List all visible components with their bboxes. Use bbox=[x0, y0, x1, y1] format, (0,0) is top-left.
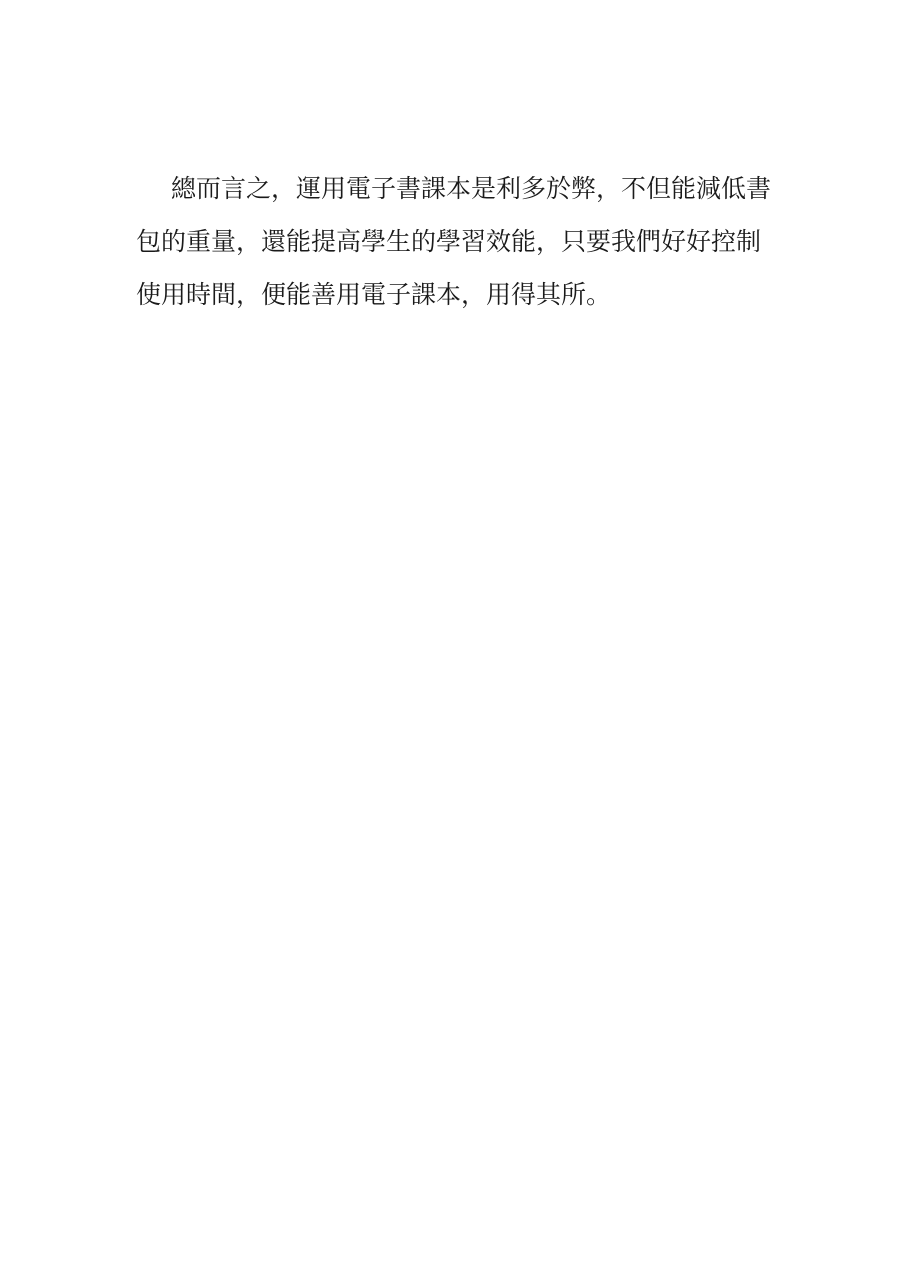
paragraph-line: 總而言之，運用電子書課本是利多於弊，不但能減低書 bbox=[136, 163, 786, 216]
paragraph-line: 使用時間，便能善用電子課本，用得其所。 bbox=[136, 269, 786, 322]
paragraph: 總而言之，運用電子書課本是利多於弊，不但能減低書 包的重量，還能提高學生的學習效… bbox=[136, 163, 786, 322]
document-page: 總而言之，運用電子書課本是利多於弊，不但能減低書 包的重量，還能提高學生的學習效… bbox=[0, 0, 905, 1280]
paragraph-line: 包的重量，還能提高學生的學習效能，只要我們好好控制 bbox=[136, 216, 786, 269]
